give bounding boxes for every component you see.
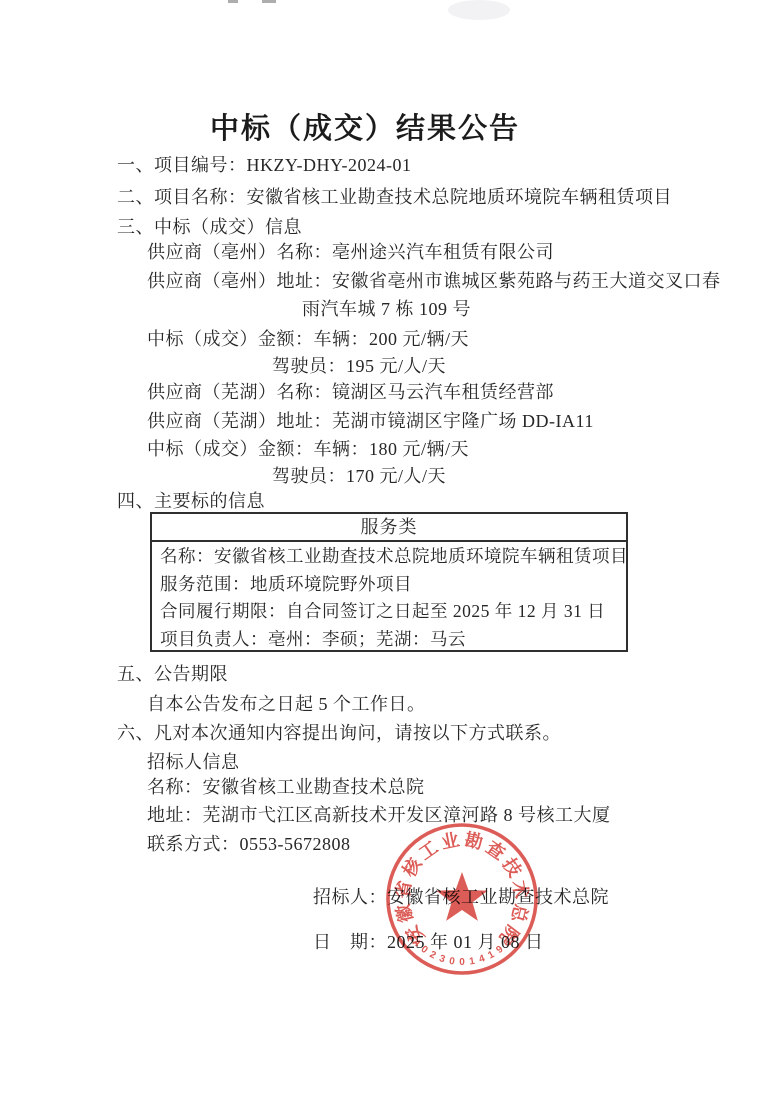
line-bozhou-supplier-name: 供应商（亳州）名称：亳州途兴汽车租赁有限公司	[147, 240, 554, 264]
line-tenderee-heading: 招标人信息	[147, 750, 240, 774]
svg-text:查: 查	[482, 836, 509, 864]
line-wuhu-amount-driver: 驾驶员：170 元/人/天	[272, 464, 446, 488]
line-award-heading: 三、中标（成交）信息	[117, 215, 302, 239]
line-project-no: 一、项目编号：HKZY-DHY-2024-01	[117, 153, 411, 177]
subject-info-table: 服务类 名称：安徽省核工业勘查技术总院地质环境院车辆租赁项目 服务范围：地质环境…	[150, 512, 628, 652]
line-wuhu-amount-vehicle: 中标（成交）金额：车辆：180 元/辆/天	[147, 437, 469, 461]
svg-text:核: 核	[397, 853, 425, 881]
line-wuhu-supplier-name: 供应商（芜湖）名称：镜湖区马云汽车租赁经营部	[147, 380, 554, 404]
line-subject-heading: 四、主要标的信息	[117, 489, 265, 513]
line-tenderee-name: 名称：安徽省核工业勘查技术总院	[147, 775, 425, 799]
line-inquiry-heading: 六、凡对本次通知内容提出询问，请按以下方式联系。	[117, 721, 561, 745]
line-tenderee-address: 地址：芜湖市弋江区高新技术开发区漳河路 8 号核工大厦	[147, 803, 611, 827]
table-row-service-scope: 服务范围：地质环境院野外项目	[152, 570, 626, 598]
line-notice-period-heading: 五、公告期限	[117, 662, 228, 686]
svg-text:0: 0	[459, 957, 465, 968]
svg-text:工: 工	[415, 837, 441, 864]
line-bozhou-amount-vehicle: 中标（成交）金额：车辆：200 元/辆/天	[147, 327, 469, 351]
line-wuhu-supplier-address: 供应商（芜湖）地址：芜湖市镜湖区宇隆广场 DD-IA11	[147, 409, 594, 433]
svg-text:勘: 勘	[463, 829, 485, 853]
table-row-name: 名称：安徽省核工业勘查技术总院地质环境院车辆租赁项目	[152, 542, 626, 570]
page-title: 中标（成交）结果公告	[0, 106, 730, 147]
table-row-project-leads: 项目负责人：亳州：李硕；芜湖：马云	[152, 625, 626, 653]
svg-text:3: 3	[438, 953, 447, 965]
table-row-contract-term: 合同履行期限：自合同签订之日起至 2025 年 12 月 31 日	[152, 597, 626, 625]
line-date: 日 期：2025 年 01 月 08 日	[313, 930, 544, 954]
line-bozhou-supplier-address-2: 雨汽车城 7 栋 109 号	[302, 297, 471, 321]
line-project-name: 二、项目名称：安徽省核工业勘查技术总院地质环境院车辆租赁项目	[117, 185, 672, 209]
line-bozhou-supplier-address-1: 供应商（亳州）地址：安徽省亳州市谯城区紫苑路与药王大道交叉口春	[147, 269, 721, 293]
svg-text:业: 业	[439, 830, 461, 853]
svg-text:1: 1	[468, 956, 476, 968]
svg-text:技: 技	[498, 853, 526, 880]
scan-speck	[262, 0, 276, 3]
line-bozhou-amount-driver: 驾驶员：195 元/人/天	[272, 354, 446, 378]
table-header-service-class: 服务类	[152, 514, 626, 542]
scan-smudge	[448, 0, 510, 20]
document-page: 中标（成交）结果公告 一、项目编号：HKZY-DHY-2024-01 二、项目名…	[0, 0, 778, 1100]
svg-text:4: 4	[478, 953, 487, 965]
line-tenderer-signature: 招标人：安徽省核工业勘查技术总院	[313, 885, 609, 909]
scan-speck	[228, 0, 238, 3]
svg-text:0: 0	[448, 956, 456, 968]
line-tenderee-contact: 联系方式：0553-5672808	[147, 832, 351, 856]
line-notice-period-text: 自本公告发布之日起 5 个工作日。	[147, 692, 426, 716]
